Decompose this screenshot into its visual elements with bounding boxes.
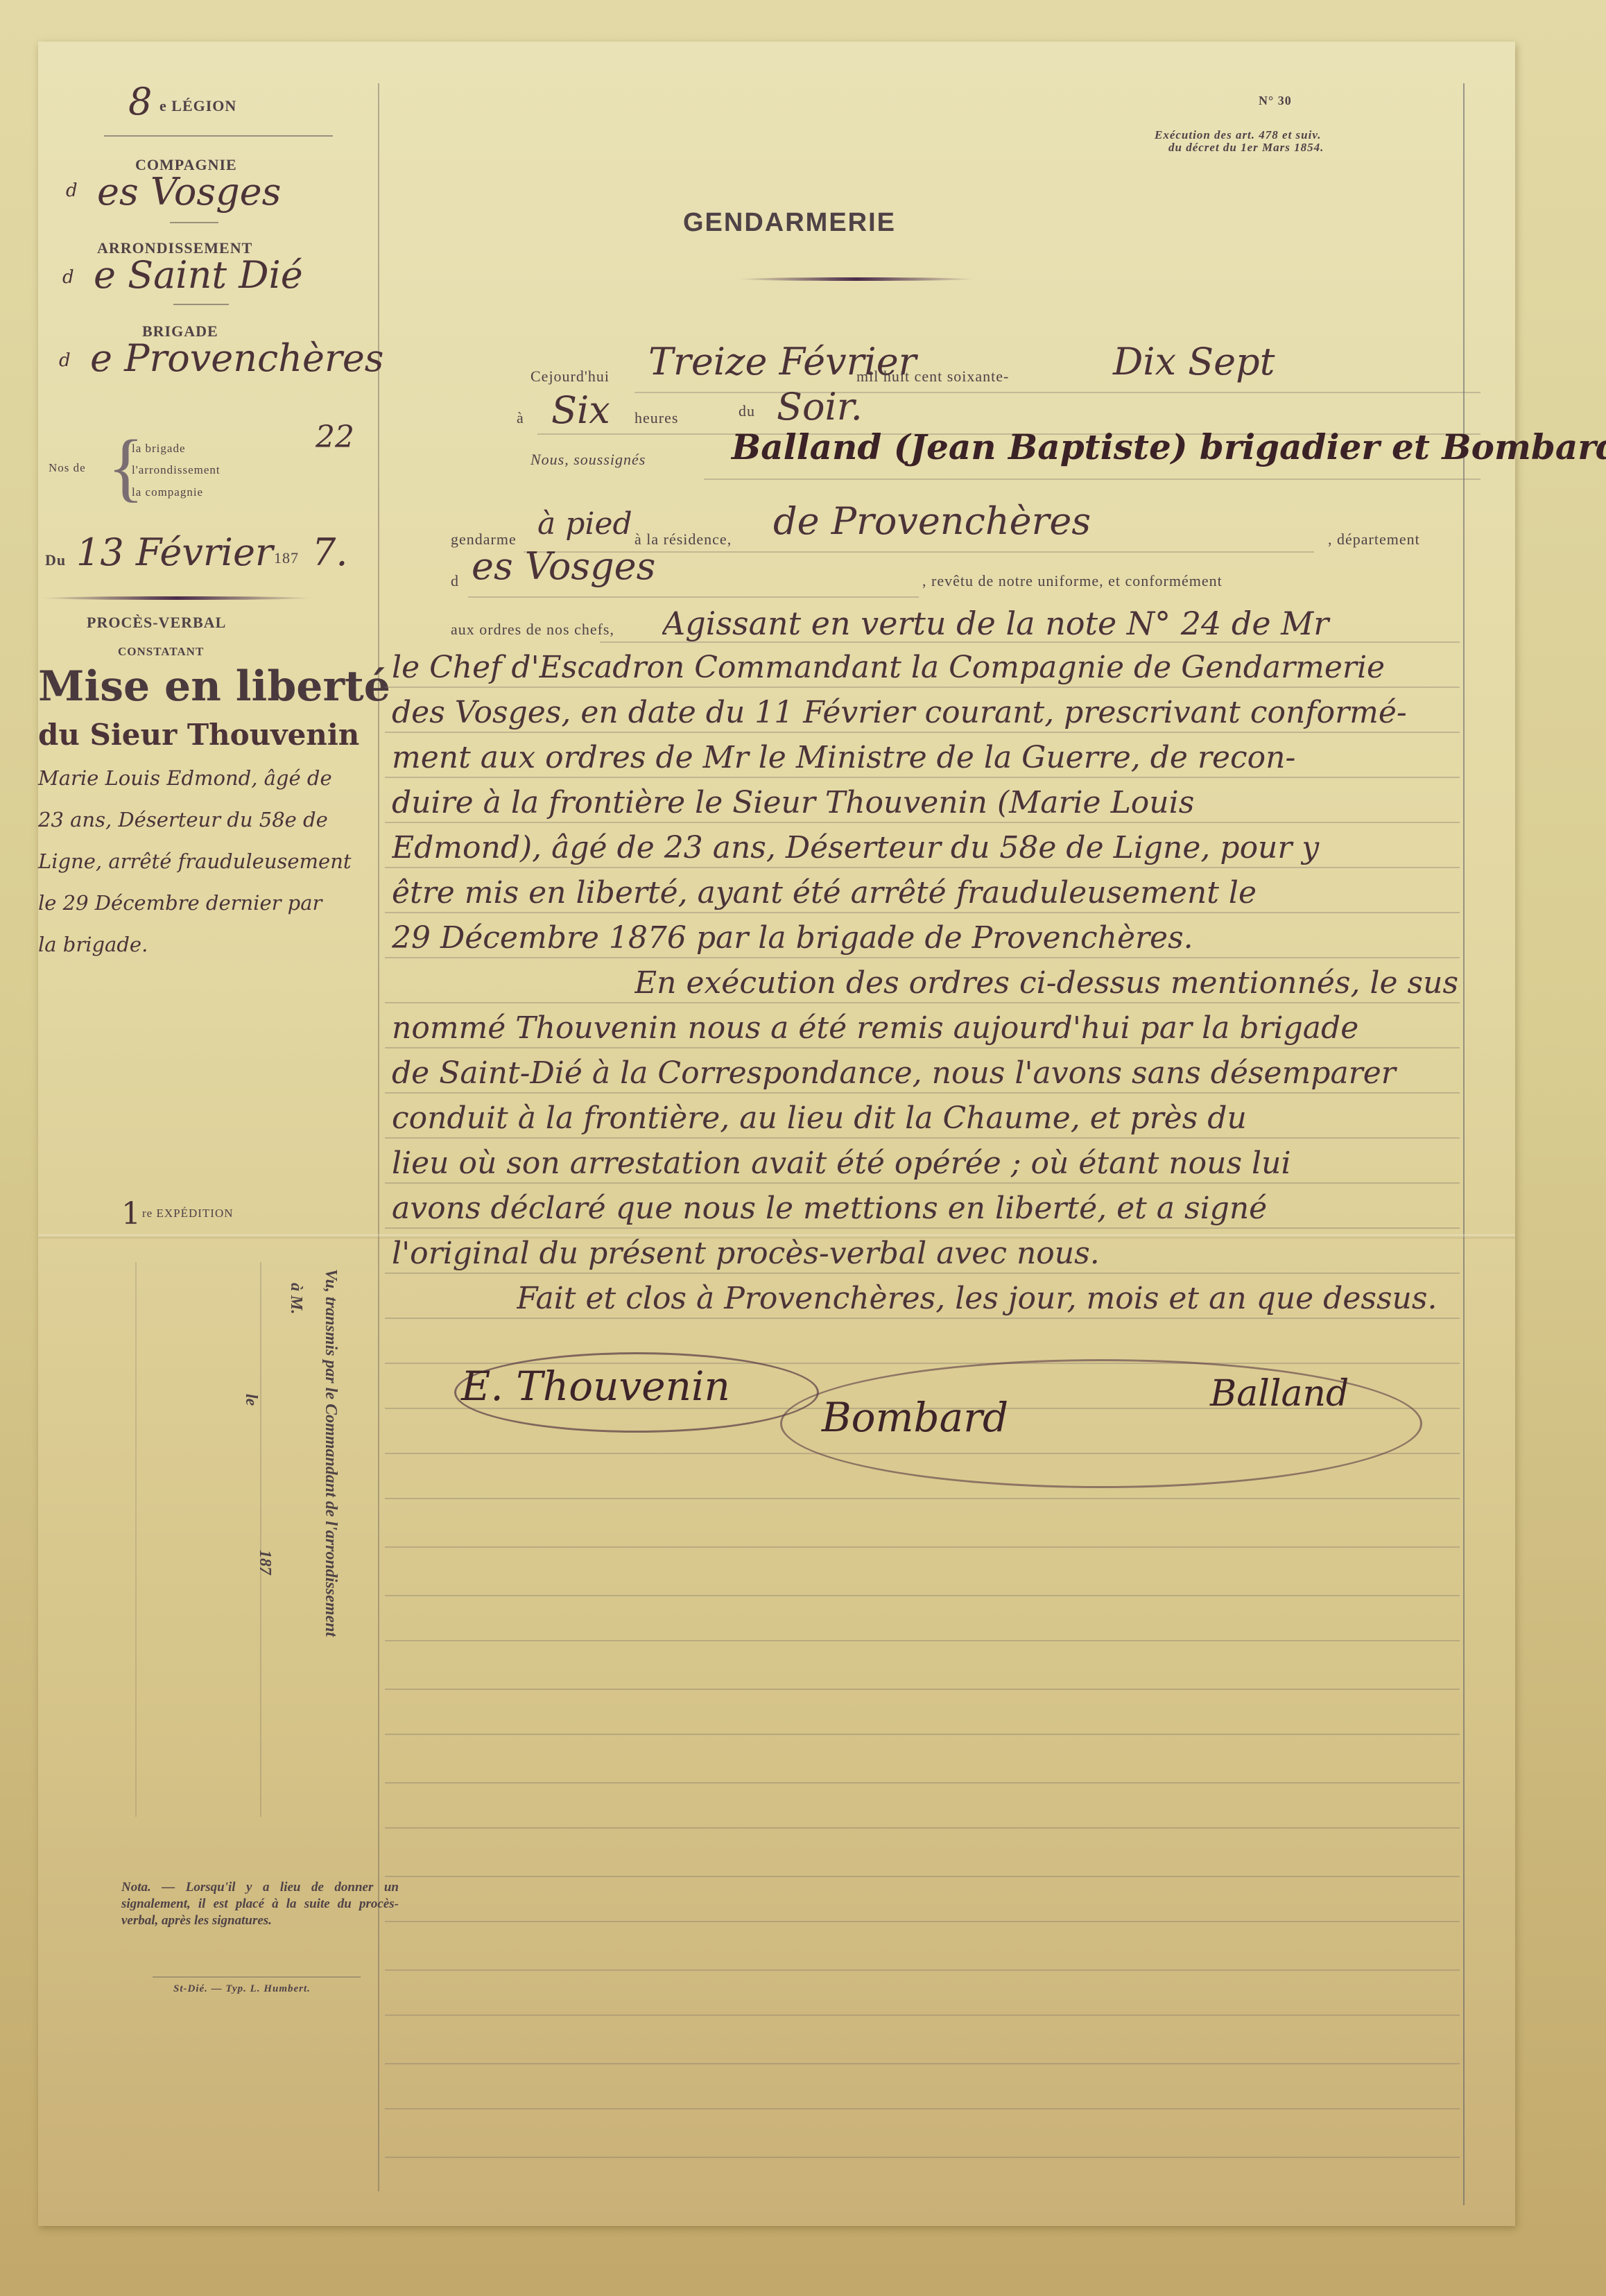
ruled-line bbox=[385, 732, 1460, 733]
transmission-text: Vu, transmis par le Commandant de l'arro… bbox=[321, 1269, 340, 1637]
signature-balland: Balland bbox=[1210, 1373, 1349, 1415]
ruled-line bbox=[385, 687, 1460, 688]
residence-value: de Provenchères bbox=[773, 499, 1091, 543]
ruled-line bbox=[385, 957, 1460, 958]
period-value: Soir. bbox=[777, 385, 863, 429]
ruled-line bbox=[385, 1921, 1460, 1922]
date-year-handwritten: 7. bbox=[312, 530, 348, 574]
legion-rule bbox=[104, 135, 333, 137]
a-label: à bbox=[517, 409, 524, 427]
transmission-to: à M. bbox=[286, 1283, 305, 1314]
body-line: lieu où son arrestation avait été opérée… bbox=[392, 1146, 1460, 1181]
printer-rule bbox=[153, 1976, 361, 1978]
subject-line: la brigade. bbox=[38, 933, 148, 956]
ruled-line bbox=[385, 1002, 1460, 1003]
subject-line: le 29 Décembre dernier par bbox=[38, 891, 322, 915]
document-sheet: 8 e LÉGION COMPAGNIE d es Vosges ARRONDI… bbox=[38, 42, 1515, 2226]
d-label: d bbox=[451, 572, 459, 590]
ruled-line bbox=[385, 912, 1460, 913]
ruled-line bbox=[385, 1092, 1460, 1094]
body-line: nommé Thouvenin nous a été remis aujourd… bbox=[392, 1010, 1460, 1046]
subject-line: Marie Louis Edmond, âgé de bbox=[38, 766, 332, 790]
form-line bbox=[704, 478, 1480, 480]
departement-value: es Vosges bbox=[472, 544, 655, 588]
ruled-line bbox=[385, 2108, 1460, 2109]
ruled-line bbox=[385, 1689, 1460, 1690]
left-column-subdivider-2 bbox=[135, 1262, 137, 1817]
transmission-year: 187 bbox=[255, 1550, 274, 1575]
ruled-line bbox=[385, 1969, 1460, 1971]
ruled-line bbox=[385, 1182, 1460, 1184]
compagnie-prefix: d bbox=[66, 180, 78, 201]
numbers-brigade-label: la brigade bbox=[132, 442, 186, 456]
left-column-subdivider bbox=[260, 1262, 261, 1817]
ruled-line bbox=[385, 1876, 1460, 1877]
form-number: N° 30 bbox=[1259, 94, 1292, 108]
arrondissement-value: e Saint Dié bbox=[94, 253, 303, 297]
body-line: avons déclaré que nous le mettions en li… bbox=[392, 1191, 1460, 1226]
ruled-line bbox=[385, 1227, 1460, 1229]
numbers-brigade-value: 22 bbox=[316, 420, 354, 455]
document-title: GENDARMERIE bbox=[683, 208, 896, 238]
transmission-le: le bbox=[241, 1394, 260, 1406]
ruled-line bbox=[385, 1546, 1460, 1548]
signature-bombard: Bombard bbox=[822, 1394, 1008, 1441]
body-line: l'original du présent procès-verbal avec… bbox=[392, 1236, 1460, 1271]
date-prefix: Du bbox=[45, 551, 66, 569]
proces-verbal-label: PROCÈS-VERBAL bbox=[87, 614, 226, 632]
ruled-line bbox=[385, 1047, 1460, 1048]
expedition-number: 1 bbox=[121, 1196, 141, 1232]
subject-line: du Sieur Thouvenin bbox=[38, 718, 359, 752]
body-line: conduit à la frontière, au lieu dit la C… bbox=[392, 1100, 1460, 1136]
ruled-line bbox=[385, 1498, 1460, 1499]
subject-line: 23 ans, Déserteur du 58e de bbox=[38, 808, 328, 831]
ruled-line bbox=[385, 1318, 1460, 1319]
gendarme-value: à pied bbox=[537, 506, 632, 542]
arrondissement-rule bbox=[173, 304, 229, 305]
right-margin-line bbox=[1463, 83, 1465, 2205]
legion-number: 8 bbox=[128, 80, 152, 123]
names-value: Balland (Jean Baptiste) brigadier et Bom… bbox=[732, 426, 1606, 467]
left-column-divider bbox=[378, 83, 379, 2191]
form-line bbox=[634, 392, 1480, 393]
cejourdhui-label: Cejourd'hui bbox=[530, 368, 610, 386]
ruled-line bbox=[385, 2063, 1460, 2064]
brigade-prefix: d bbox=[59, 350, 71, 371]
body-line: 29 Décembre 1876 par la brigade de Prove… bbox=[392, 920, 1460, 956]
departement-label: , département bbox=[1328, 530, 1420, 549]
signature-thouvenin: E. Thouvenin bbox=[461, 1363, 730, 1410]
ruled-line bbox=[385, 2157, 1460, 2158]
ruled-line bbox=[385, 1272, 1460, 1274]
ruled-line bbox=[385, 1640, 1460, 1641]
date-year-printed: 187 bbox=[274, 549, 299, 567]
expedition-label: re EXPÉDITION bbox=[142, 1207, 234, 1220]
subject-line: Ligne, arrêté frauduleusement bbox=[38, 849, 352, 873]
du-label: du bbox=[739, 402, 755, 420]
heures-label: heures bbox=[634, 409, 678, 427]
body-line: de Saint-Dié à la Correspondance, nous l… bbox=[392, 1055, 1460, 1091]
body-line: Edmond), âgé de 23 ans, Déserteur du 58e… bbox=[392, 830, 1460, 865]
ruled-line bbox=[385, 867, 1460, 868]
decree-reference-2: du décret du 1er Mars 1854. bbox=[1168, 141, 1324, 155]
ruled-line bbox=[385, 1137, 1460, 1139]
nous-label: Nous, soussignés bbox=[530, 451, 646, 469]
numbers-arrondissement-label: l'arrondissement bbox=[132, 463, 221, 477]
ruled-line bbox=[385, 1734, 1460, 1735]
compagnie-value: es Vosges bbox=[97, 170, 281, 214]
ruled-line bbox=[385, 1782, 1460, 1784]
form-line bbox=[468, 596, 919, 598]
body-line: duire à la frontière le Sieur Thouvenin … bbox=[392, 785, 1460, 820]
uniforme-label: , revêtu de notre uniforme, et conformém… bbox=[922, 572, 1223, 590]
hour-value: Six bbox=[551, 388, 610, 432]
year-label: mil huit cent soixante- bbox=[856, 368, 1009, 386]
body-line: être mis en liberté, ayant été arrêté fr… bbox=[392, 875, 1460, 910]
ruled-line bbox=[385, 1595, 1460, 1596]
subject-title: Mise en liberté bbox=[38, 662, 390, 711]
ruled-line bbox=[385, 2014, 1460, 2016]
date-value: 13 Février bbox=[76, 530, 273, 574]
nota-text: Nota. — Lorsqu'il y a lieu de donner un … bbox=[121, 1879, 399, 1929]
constatant-label: CONSTATANT bbox=[118, 645, 204, 659]
body-line: Fait et clos à Provenchères, les jour, m… bbox=[517, 1281, 1460, 1316]
body-line: des Vosges, en date du 11 Février couran… bbox=[392, 695, 1460, 730]
ruled-line bbox=[385, 822, 1460, 823]
ruled-line bbox=[385, 777, 1460, 778]
numbers-prefix: Nos de bbox=[49, 461, 86, 475]
ruled-line bbox=[385, 1827, 1460, 1829]
numbers-compagnie-label: la compagnie bbox=[132, 485, 203, 499]
decree-reference-1: Exécution des art. 478 et suiv. bbox=[1155, 128, 1322, 142]
year-value: Dix Sept bbox=[1113, 340, 1275, 383]
body-line: le Chef d'Escadron Commandant la Compagn… bbox=[392, 650, 1460, 685]
body-line: En exécution des ordres ci-dessus mentio… bbox=[634, 965, 1460, 1001]
brigade-value: e Provenchères bbox=[90, 336, 383, 380]
legion-label: e LÉGION bbox=[159, 97, 236, 115]
date-flourish bbox=[42, 596, 312, 600]
arrondissement-prefix: d bbox=[62, 267, 74, 288]
body-line: ment aux ordres de Mr le Ministre de la … bbox=[392, 740, 1460, 775]
ordres-label: aux ordres de nos chefs, bbox=[451, 621, 614, 639]
printer-line: St-Dié. — Typ. L. Humbert. bbox=[173, 1983, 311, 1995]
body-line: Agissant en vertu de la note N° 24 de Mr bbox=[662, 605, 1460, 642]
compagnie-rule bbox=[170, 222, 218, 223]
title-flourish bbox=[739, 277, 974, 281]
